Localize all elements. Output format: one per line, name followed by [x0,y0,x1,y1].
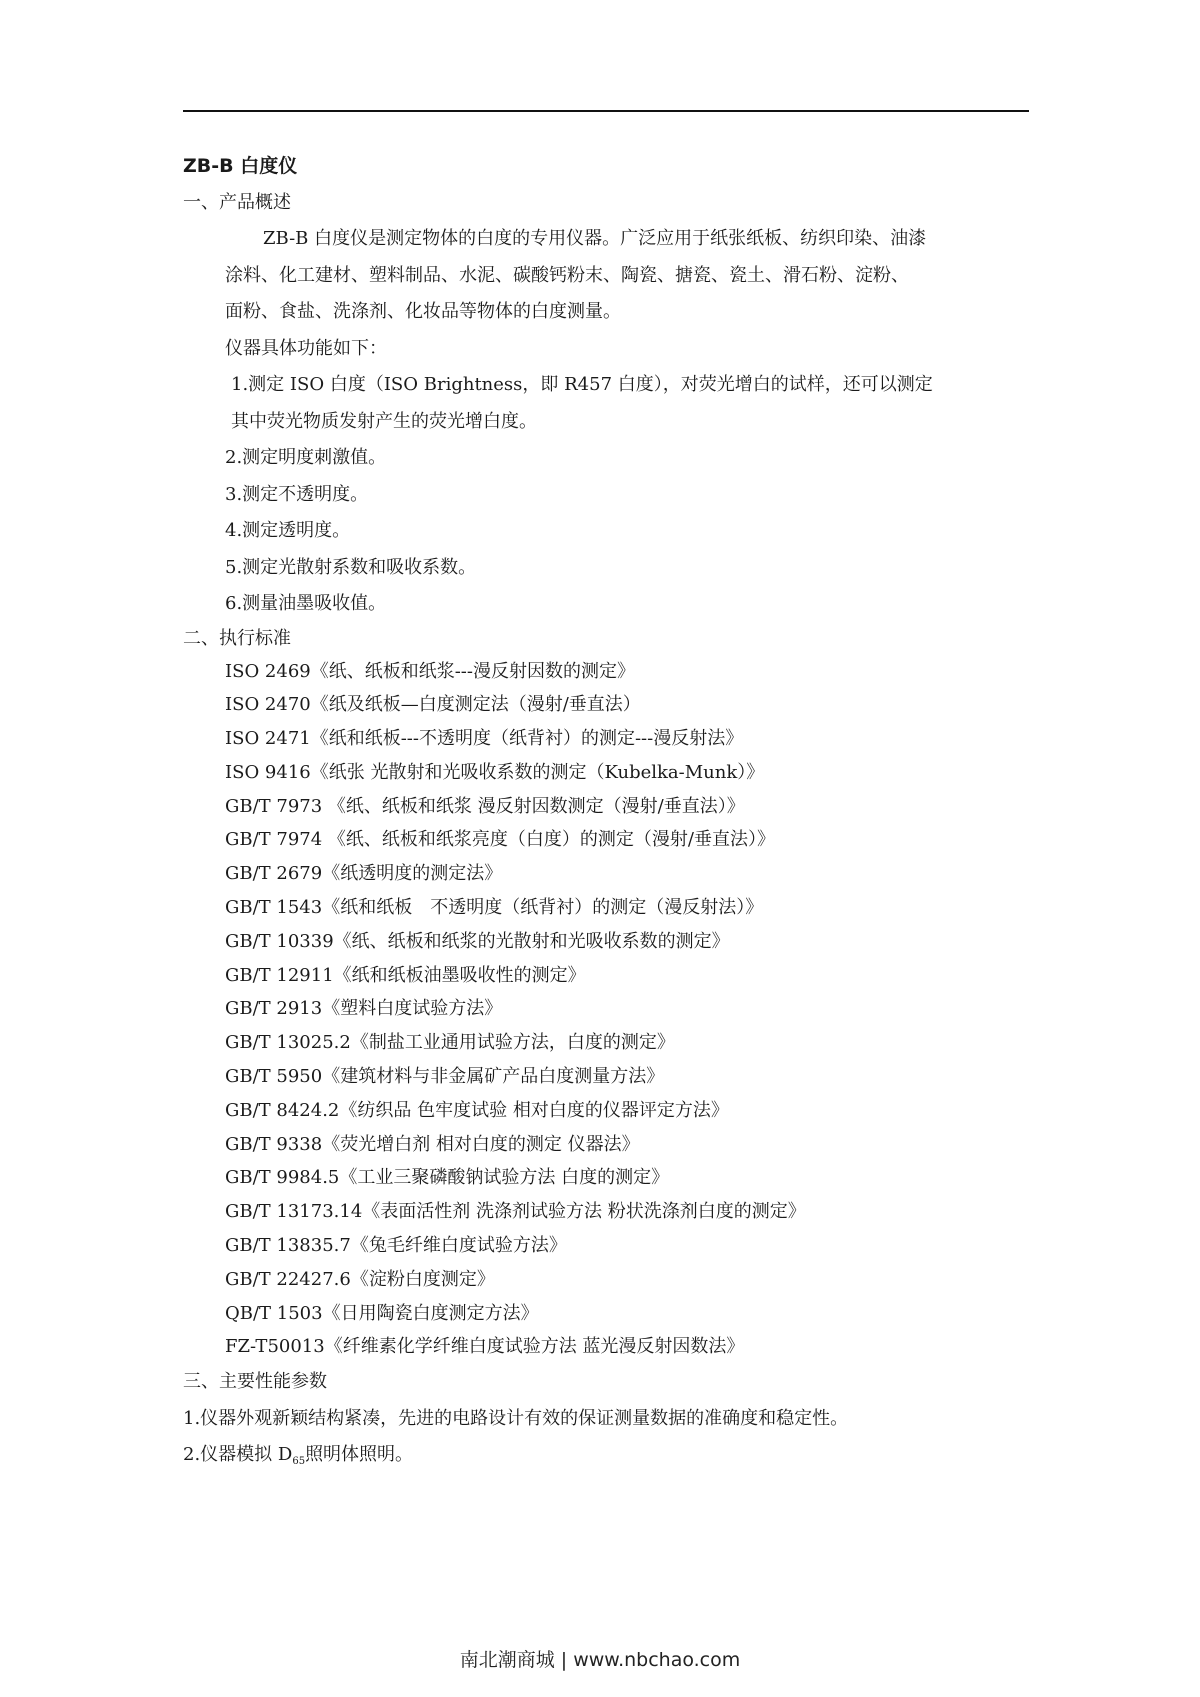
standard-item: GB/T 8424.2《纺织品 色牢度试验 相对白度的仪器评定方法》 [183,1094,1043,1128]
standard-item: ISO 2469《纸、纸板和纸浆---漫反射因数的测定》 [183,655,1043,689]
standard-item: GB/T 1543《纸和纸板 不透明度（纸背衬）的测定（漫反射法）》 [183,891,1043,925]
illuminant-subscript: 65 [292,1456,305,1467]
standard-item: GB/T 13025.2《制盐工业通用试验方法，白度的测定》 [183,1026,1043,1060]
parameter-item-suffix: 照明体照明。 [305,1444,413,1465]
standard-item: GB/T 10339《纸、纸板和纸浆的光散射和光吸收系数的测定》 [183,925,1043,959]
document-title: ZB-B 白度仪 [183,148,1043,185]
standard-item: ISO 2470《纸及纸板—白度测定法（漫射/垂直法） [183,688,1043,722]
function-item: 5.测定光散射系数和吸收系数。 [183,550,1043,587]
function-item: 4.测定透明度。 [183,513,1043,550]
parameter-item: 2.仪器模拟 D65照明体照明。 [183,1437,1043,1481]
function-item: 1.测定 ISO 白度（ISO Brightness，即 R457 白度），对荧… [183,367,1043,404]
standard-item: GB/T 9984.5《工业三聚磷酸钠试验方法 白度的测定》 [183,1161,1043,1195]
function-item: 6.测量油墨吸收值。 [183,586,1043,623]
standard-item: GB/T 12911《纸和纸板油墨吸收性的测定》 [183,959,1043,993]
section-heading-overview: 一、产品概述 [183,185,1043,222]
function-item: 3.测定不透明度。 [183,477,1043,514]
overview-paragraph-line: ZB-B 白度仪是测定物体的白度的专用仪器。广泛应用于纸张纸板、纺织印染、油漆 [183,221,1043,258]
standard-item: GB/T 2679《纸透明度的测定法》 [183,857,1043,891]
overview-paragraph-line: 面粉、食盐、洗涤剂、化妆品等物体的白度测量。 [183,294,1043,331]
standard-item: GB/T 9338《荧光增白剂 相对白度的测定 仪器法》 [183,1128,1043,1162]
functions-intro: 仪器具体功能如下： [183,331,1043,368]
section-heading-standards: 二、执行标准 [183,623,1043,655]
standard-item: GB/T 5950《建筑材料与非金属矿产品白度测量方法》 [183,1060,1043,1094]
standard-item: QB/T 1503《日用陶瓷白度测定方法》 [183,1297,1043,1331]
standard-item: FZ-T50013《纤维素化学纤维白度试验方法 蓝光漫反射因数法》 [183,1330,1043,1364]
parameter-item-prefix: 2.仪器模拟 D [183,1444,292,1465]
parameter-item: 1.仪器外观新颖结构紧凑，先进的电路设计有效的保证测量数据的准确度和稳定性。 [183,1401,1043,1438]
standard-item: ISO 9416《纸张 光散射和光吸收系数的测定（Kubelka-Munk）》 [183,756,1043,790]
function-item: 2.测定明度刺激值。 [183,440,1043,477]
standard-item: ISO 2471《纸和纸板---不透明度（纸背衬）的测定---漫反射法》 [183,722,1043,756]
header-rule [183,110,1029,112]
function-item-continued: 其中荧光物质发射产生的荧光增白度。 [183,404,1043,441]
standards-list: ISO 2469《纸、纸板和纸浆---漫反射因数的测定》 ISO 2470《纸及… [183,655,1043,1365]
overview-paragraph-line: 涂料、化工建材、塑料制品、水泥、碳酸钙粉末、陶瓷、搪瓷、瓷土、滑石粉、淀粉、 [183,258,1043,295]
standard-item: GB/T 22427.6《淀粉白度测定》 [183,1263,1043,1297]
standard-item: GB/T 2913《塑料白度试验方法》 [183,992,1043,1026]
standard-item: GB/T 13173.14《表面活性剂 洗涤剂试验方法 粉状洗涤剂白度的测定》 [183,1195,1043,1229]
document-body: ZB-B 白度仪 一、产品概述 ZB-B 白度仪是测定物体的白度的专用仪器。广泛… [183,148,1043,1481]
standard-item: GB/T 7973 《纸、纸板和纸浆 漫反射因数测定（漫射/垂直法）》 [183,790,1043,824]
standard-item: GB/T 13835.7《兔毛纤维白度试验方法》 [183,1229,1043,1263]
standard-item: GB/T 7974 《纸、纸板和纸浆亮度（白度）的测定（漫射/垂直法）》 [183,823,1043,857]
section-heading-parameters: 三、主要性能参数 [183,1364,1043,1401]
footer-watermark: 南北潮商城 | www.nbchao.com [0,1645,1200,1672]
